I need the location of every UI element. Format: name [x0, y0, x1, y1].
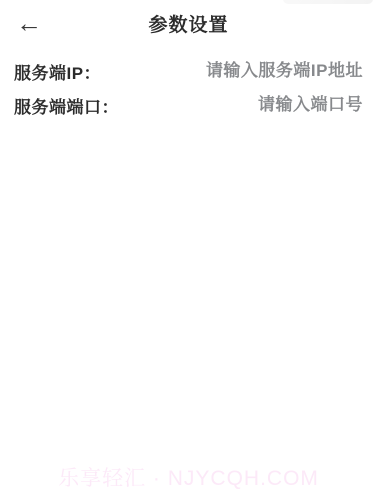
- settings-form: 服务端IP： 服务端端口：: [0, 46, 377, 122]
- server-ip-input[interactable]: [101, 61, 363, 81]
- page-title: 参数设置: [0, 10, 377, 37]
- server-port-label: 服务端端口：: [14, 93, 119, 118]
- watermark: 乐享轻汇 · NJYCQH.COM: [0, 462, 377, 492]
- settings-screen: ← 参数设置 服务端IP： 服务端端口： 乐享轻汇 · NJYCQH.COM: [0, 0, 377, 504]
- header-bar: ← 参数设置: [0, 0, 377, 46]
- form-row-server-port: 服务端端口：: [14, 88, 363, 122]
- form-row-server-ip: 服务端IP：: [14, 54, 363, 88]
- server-port-input[interactable]: [119, 95, 363, 115]
- server-ip-label: 服务端IP：: [14, 59, 101, 84]
